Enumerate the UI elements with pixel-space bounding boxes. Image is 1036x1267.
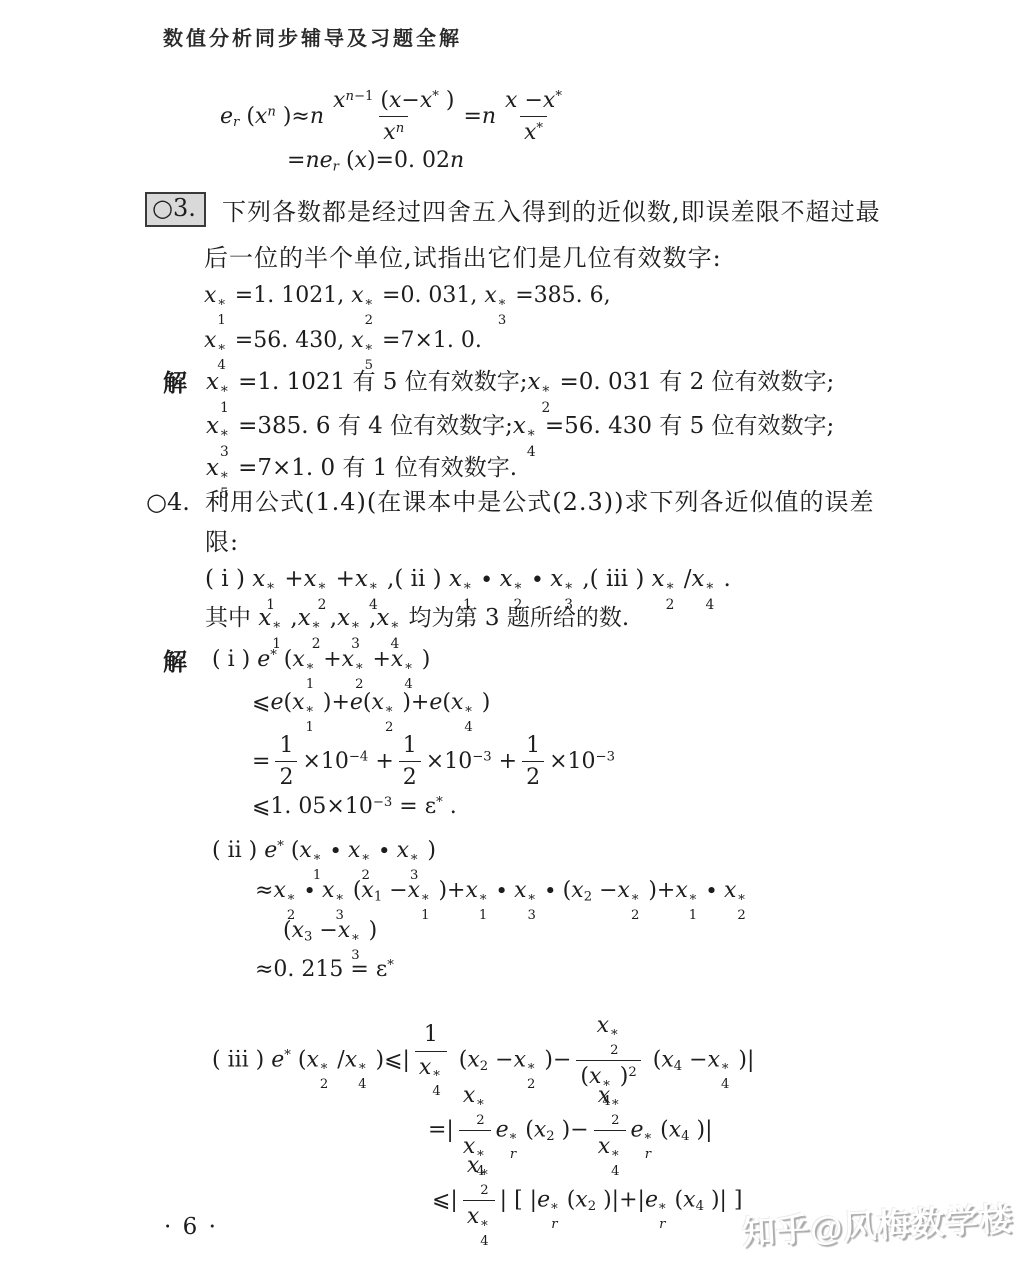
page-number: · 6 · — [164, 1214, 218, 1240]
problem4-marker: ○4. — [146, 486, 190, 520]
formula-relative-error-line2: =ner (x)=0. 02n — [287, 146, 464, 177]
problem4-sol-i-line1: ( ⅰ ) e* (x*1 +x*2 +x*4 ) — [212, 645, 430, 691]
problem3-statement-line2: 后一位的半个单位,试指出它们是几位有效数字: — [204, 242, 722, 276]
problem3-solution-line1: x*1 =1. 1021 有 5 位有效数字;x*2 =0. 031 有 2 位… — [206, 366, 834, 416]
watermark: 知乎@风梅数学楼 — [741, 1193, 1014, 1254]
problem3-values-line1: x*1 =1. 1021, x*2 =0. 031, x*3 =385. 6, — [204, 281, 611, 327]
problem4-statement-line2: 限: — [205, 526, 239, 560]
formula-relative-error-line1: er (xn )≈nxn−1 (x−x* )xn=nx −x*x* — [220, 88, 571, 146]
textbook-page: 数值分析同步辅导及习题全解 er (xn )≈nxn−1 (x−x* )xn=n… — [0, 0, 1036, 1267]
problem4-sol-ii-line4: ≈0. 215 = ε* — [255, 955, 394, 986]
problem4-statement-line1: 利用公式(1.4)(在课本中是公式(2.3))求下列各近似值的误差 — [205, 486, 875, 520]
problem3-solution-label: 解 — [163, 366, 187, 400]
problem4-solution-label: 解 — [163, 645, 187, 679]
problem4-sol-i-line4: ⩽1. 05×10−3 = ε* . — [252, 792, 457, 823]
problem3-statement-line1: 下列各数都是经过四舍五入得到的近似数,即误差限不超过最 — [222, 196, 881, 230]
problem4-sol-iii-line3: ⩽|x*2x*4| [ |e*r (x2 )|+|e*r (x4 )| ] — [432, 1153, 743, 1248]
page-header-title: 数值分析同步辅导及习题全解 — [163, 22, 462, 51]
problem4-sol-i-line2: ⩽e(x*1 )+e(x*2 )+e(x*4 ) — [252, 688, 490, 734]
problem4-sol-i-line3: =12×10−4 +12×10−3 +12×10−3 — [252, 733, 615, 791]
problem3-marker-wrap: ○3. — [145, 192, 206, 227]
problem3-marker: ○3. — [145, 192, 206, 227]
